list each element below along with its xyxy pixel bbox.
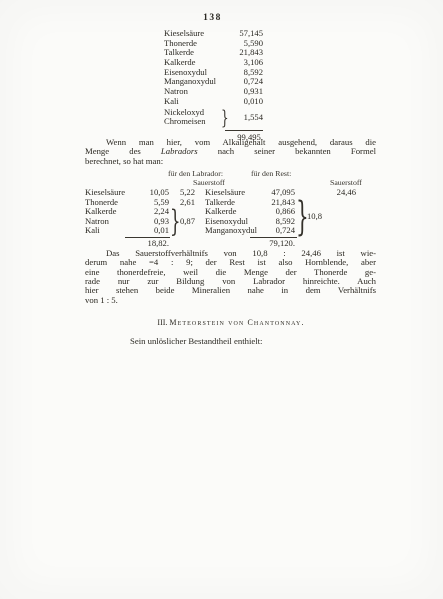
section-heading: III. Meteorstein von Chantonnay. [85, 318, 377, 327]
oxygen-value: 24,46 [328, 188, 356, 198]
component-label: Manganoxydul [205, 226, 257, 236]
book-page: 138 Kieselsäure 57,145 Thonerde 5,590 Ta… [0, 0, 443, 599]
analysis-table-total: Kieselsäure 57,145 Thonerde 5,590 Talker… [164, 29, 263, 142]
sum-rule [225, 130, 263, 131]
section-title: Meteorstein von Chantonnay. [169, 318, 304, 327]
text-line: von 1 : 5. [85, 296, 376, 305]
total-value: 79,120. [251, 239, 295, 249]
closing-line: Sein unlöslicher Bestandtheil enthielt: [130, 336, 262, 346]
total-value: 18,82. [131, 239, 169, 249]
oxygen-comparison-table: für den Labrador: Sauerstoff für den Res… [85, 169, 377, 251]
text-line: derum nahe =4 : 9; der Rest ist also Hor… [85, 258, 376, 267]
paragraph-oxygen-ratio: Das Sauerstoffverhältnifs von 10,8 : 24,… [85, 249, 376, 305]
component-label: Kali [164, 97, 179, 107]
group-oxygen-value: 0,87 [173, 217, 195, 227]
text-line: eine thonerdefreie, weil die Menge der T… [85, 268, 376, 277]
page-number: 138 [85, 13, 340, 23]
text-segment: Menge des [85, 147, 161, 156]
paragraph-labrador-formula: Wenn man hier, vom Alkaligehalt ausgehen… [85, 138, 376, 166]
text-line: Menge des Labradors nach seiner bekannte… [85, 147, 376, 156]
text-line: hier stehen beide Mineralien nahe in dem… [85, 286, 376, 295]
rest-oxygen-header: Sauerstoff [330, 178, 362, 188]
text-line: rade nur zur Bildung von Labrador hinrei… [85, 277, 376, 286]
group-oxygen-value: 10,8 [307, 212, 322, 222]
table-row: Kali 0,010 [164, 97, 263, 107]
curly-brace-icon: } [221, 107, 229, 127]
text-line: Das Sauerstoffverhältnifs von 10,8 : 24,… [85, 249, 376, 258]
component-value: 0,724 [251, 226, 295, 236]
component-label: Kali [85, 226, 100, 236]
braced-pair-row: Nickeloxyd Chromeisen } 1,554 [164, 108, 263, 128]
text-line: Wenn man hier, vom Alkaligehalt ausgehen… [85, 138, 376, 147]
component-value: 0,010 [244, 97, 263, 107]
section-numeral: III. [157, 318, 167, 327]
italic-term: Labradors [161, 147, 198, 156]
labrador-oxygen-header: Sauerstoff [193, 178, 225, 188]
component-value: 0,01 [131, 226, 169, 236]
text-line: berechnet, so hat man: [85, 157, 376, 166]
component-value: 1,554 [244, 113, 263, 123]
rest-column-header: für den Rest: [251, 169, 291, 179]
text-segment: nach seiner bekannten Formel [198, 147, 376, 156]
